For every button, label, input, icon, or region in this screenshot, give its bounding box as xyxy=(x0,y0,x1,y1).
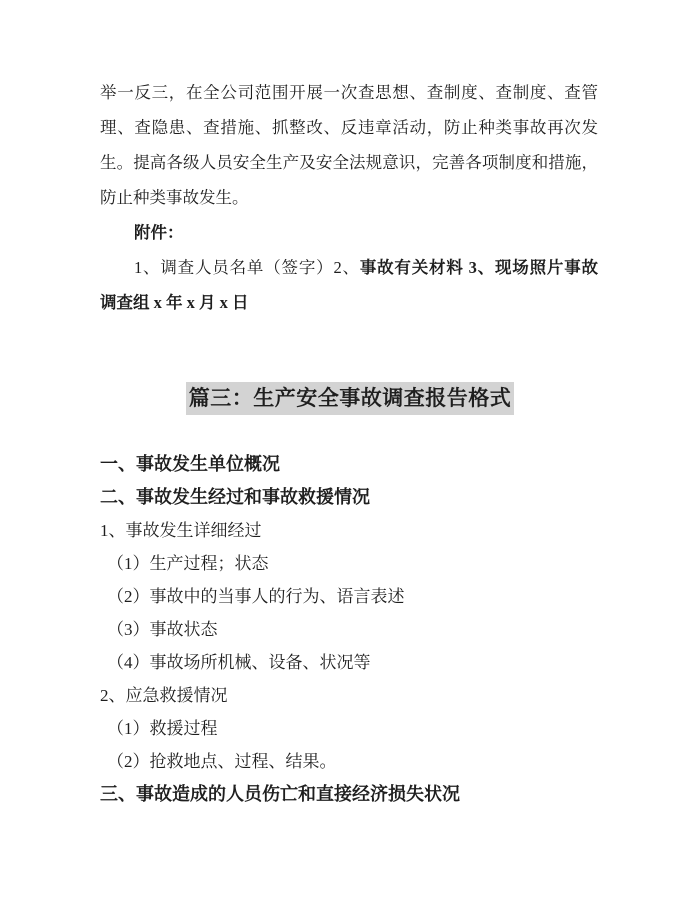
outline-item: （3）事故状态 xyxy=(100,613,598,646)
attachment-item-segment: 事故有关材料 3、现场照片事故 xyxy=(360,258,598,277)
outline-item: （2）抢救地点、过程、结果。 xyxy=(100,745,598,778)
paragraph-line: 举一反三，在全公司范围开展一次查思想、查制度、查制度、查管 xyxy=(100,75,598,110)
outline-item: （1）救援过程 xyxy=(100,712,598,745)
attachment-item-line: 1、调查人员名单（签字）2、事故有关材料 3、现场照片事故 xyxy=(100,250,598,285)
section-title-highlight: 篇三：生产安全事故调查报告格式 xyxy=(186,382,515,415)
attachment-item-segment: 1、调查人员名单（签字）2、 xyxy=(134,258,360,277)
section-title-row: 篇三：生产安全事故调查报告格式 xyxy=(0,382,700,415)
outline-item: 一、事故发生单位概况 xyxy=(100,448,598,481)
paragraph-line: 生。提高各级人员安全生产及安全法规意识，完善各项制度和措施， xyxy=(100,145,598,180)
outline-item: （2）事故中的当事人的行为、语言表述 xyxy=(100,580,598,613)
outline-item: （1）生产过程；状态 xyxy=(100,547,598,580)
outline-list: 一、事故发生单位概况二、事故发生经过和事故救援情况1、事故发生详细经过（1）生产… xyxy=(100,448,598,811)
paragraph: 举一反三，在全公司范围开展一次查思想、查制度、查制度、查管理、查隐患、查措施、抓… xyxy=(100,75,598,215)
paragraph-line: 理、查隐患、查措施、抓整改、反违章活动，防止种类事故再次发 xyxy=(100,110,598,145)
attachment-continuation-line: 调查组 x 年 x 月 x 日 xyxy=(100,285,598,320)
outline-item: 2、应急救援情况 xyxy=(100,679,598,712)
attachment-label: 附件： xyxy=(100,215,598,250)
outline-item: （4）事故场所机械、设备、状况等 xyxy=(100,646,598,679)
paragraph-line: 防止种类事故发生。 xyxy=(100,180,598,215)
body-text-block: 举一反三，在全公司范围开展一次查思想、查制度、查制度、查管理、查隐患、查措施、抓… xyxy=(100,75,598,320)
outline-item: 二、事故发生经过和事故救援情况 xyxy=(100,481,598,514)
outline-item: 三、事故造成的人员伤亡和直接经济损失状况 xyxy=(100,778,598,811)
outline-item: 1、事故发生详细经过 xyxy=(100,514,598,547)
document-page: 举一反三，在全公司范围开展一次查思想、查制度、查制度、查管理、查隐患、查措施、抓… xyxy=(0,0,700,905)
